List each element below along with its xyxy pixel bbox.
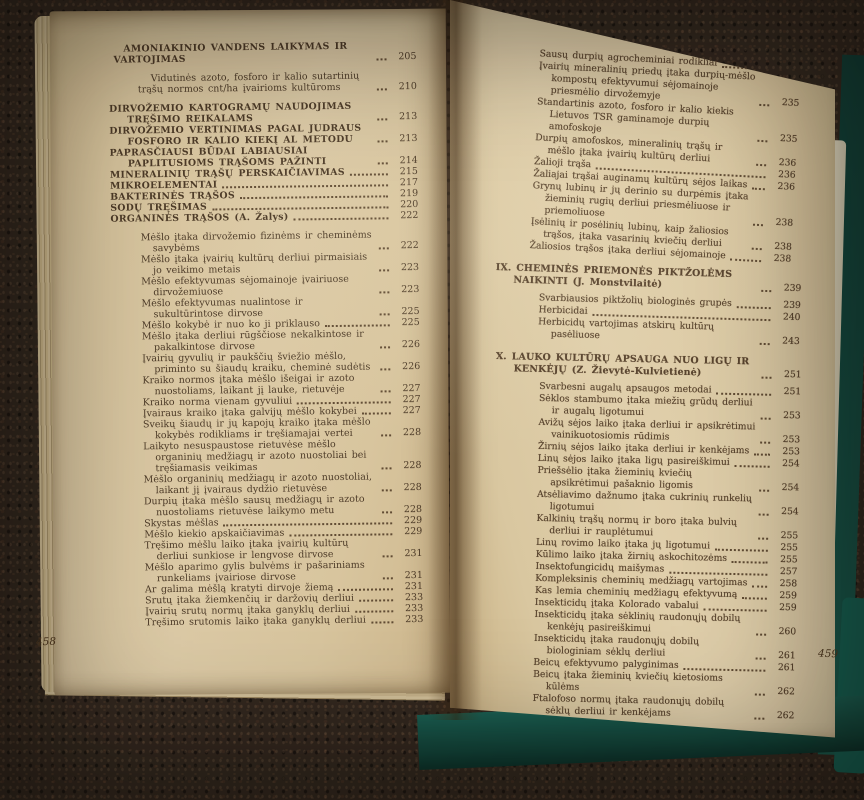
- dot-leader: [382, 511, 392, 513]
- toc-entry: Mėšlo aparimo gylis bulvėms ir pašarinia…: [97, 559, 423, 585]
- dot-leader: [338, 588, 393, 591]
- dot-leader: [355, 610, 393, 612]
- toc-entry-page: 227: [394, 383, 420, 394]
- toc-entry-page: 238: [765, 252, 792, 265]
- toc-entry-page: 255: [772, 554, 798, 567]
- dot-leader: [684, 668, 766, 672]
- dot-leader: [380, 368, 390, 370]
- toc-entry-text: Mėšlo aparimo gylis bulvėms ir pašarinia…: [97, 559, 378, 584]
- dot-leader: [735, 465, 770, 468]
- dot-leader: [383, 577, 393, 579]
- toc-entry-page: 231: [397, 570, 423, 581]
- dot-leader: [294, 217, 389, 220]
- toc-entry-page: 214: [392, 155, 418, 166]
- toc-entry-page: 225: [394, 306, 420, 317]
- section-x-author: (Z. Žievytė-Kulvietienė): [572, 365, 702, 379]
- section-ix-number: IX.: [496, 262, 512, 273]
- toc-entry-page: 262: [768, 710, 794, 723]
- toc-entry-page: 261: [769, 662, 795, 675]
- dot-leader: [350, 173, 388, 175]
- toc-entry-page: 259: [771, 590, 797, 603]
- toc-entry-page: 254: [773, 506, 799, 519]
- toc-entry: AMONIAKINIO VANDENS LAIKYMAS IR VARTOJIM…: [90, 40, 416, 66]
- toc-entry-page: 226: [394, 361, 420, 372]
- toc-entry-page: 229: [396, 526, 422, 537]
- toc-entry-page: 235: [771, 133, 798, 146]
- section-x: X. LAUKO KULTŪRŲ APSAUGA NUO LIGŲ IR KEN…: [488, 351, 802, 722]
- toc-entry-page: 254: [773, 482, 799, 495]
- dot-leader: [761, 418, 771, 420]
- toc-entry-page: 254: [774, 458, 800, 471]
- toc-entry-text: Kraiko normos įtaka mėšlo išeigai ir azo…: [94, 373, 375, 398]
- toc-entry-text: Vidutinės azoto, fosforo ir kalio sutart…: [91, 71, 372, 96]
- dot-leader: [759, 104, 769, 107]
- dot-leader: [380, 313, 390, 315]
- dot-leader: [381, 434, 391, 436]
- toc-entry-page: 233: [397, 614, 423, 625]
- dot-leader: [756, 634, 766, 636]
- dot-leader: [715, 549, 768, 552]
- toc-entry-page: 228: [396, 504, 422, 515]
- dot-leader: [717, 393, 772, 396]
- dot-leader: [379, 269, 389, 271]
- toc-entry-page: 231: [397, 581, 423, 592]
- dot-leader: [756, 164, 766, 167]
- dot-leader: [379, 247, 389, 249]
- toc-entry-text: AMONIAKINIO VANDENS LAIKYMAS IR VARTOJIM…: [90, 41, 371, 66]
- dot-leader: [732, 561, 768, 564]
- toc-entry-page: 236: [769, 180, 796, 193]
- toc-entry-text: Laikyto nesuspaustose rietuvėse mėšlo or…: [95, 439, 376, 475]
- dot-leader: [377, 88, 387, 90]
- dot-leader: [755, 693, 765, 695]
- dot-leader: [362, 412, 391, 414]
- left-page-toc: AMONIAKINIO VANDENS LAIKYMAS IR VARTOJIM…: [90, 40, 423, 629]
- toc-entry-page: 229: [396, 515, 422, 526]
- dot-leader: [377, 118, 387, 120]
- dot-leader: [737, 306, 771, 309]
- section-ix-author: (J. Monstvilaitė): [573, 276, 663, 290]
- dot-leader: [381, 390, 391, 392]
- toc-entry-page: 223: [393, 284, 419, 295]
- toc-entry-page: 233: [397, 603, 423, 614]
- toc-entry-page: 240: [774, 311, 800, 324]
- dot-leader: [760, 442, 770, 444]
- toc-entry-page: 215: [392, 166, 418, 177]
- toc-entry: Kraiko normos įtaka mėšlo išeigai ir azo…: [94, 372, 420, 398]
- dot-leader: [377, 58, 387, 60]
- dot-leader: [379, 291, 389, 293]
- toc-entry: PAPRASČIAUSI BŪDAI LABIAUSIAI PAPLITUSIO…: [92, 144, 418, 170]
- section-x-heading: X. LAUKO KULTŪRŲ APSAUGA NUO LIGŲ IR KEN…: [495, 351, 801, 381]
- dot-leader: [760, 343, 770, 345]
- dot-leader: [752, 585, 767, 587]
- section-x-page: 251: [775, 369, 801, 382]
- toc-entry-page: 255: [772, 530, 798, 543]
- dot-leader: [382, 467, 392, 469]
- dot-leader: [752, 188, 765, 191]
- toc-entry-page: 227: [395, 405, 421, 416]
- toc-entry-page: 239: [775, 299, 801, 312]
- toc-entry-page: 227: [395, 394, 421, 405]
- toc-entry-page: 251: [775, 386, 801, 399]
- section-ix-heading: IX. CHEMINĖS PRIEMONĖS PIKTŽOLĖMS NAIKIN…: [495, 262, 802, 295]
- toc-entry-page: 219: [392, 188, 418, 199]
- section-ix-title: IX. CHEMINĖS PRIEMONĖS PIKTŽOLĖMS NAIKIN…: [495, 262, 757, 294]
- section-x-number: X.: [496, 351, 507, 362]
- dot-leader: [297, 401, 391, 404]
- dot-leader: [742, 597, 767, 600]
- dot-leader: [758, 538, 768, 540]
- right-toc-top-entries: Sausų durpių agrocheminiai rodikliai 234…: [485, 46, 801, 266]
- right-page-number: 459: [818, 648, 838, 661]
- toc-entry-page: 259: [771, 602, 797, 615]
- dot-leader: [240, 195, 388, 199]
- toc-entry-page: 231: [397, 548, 423, 559]
- section-x-title: X. LAUKO KULTŪRŲ APSAUGA NUO LIGŲ IR KEN…: [495, 351, 756, 380]
- dot-leader: [753, 224, 763, 227]
- toc-entry-page: 223: [393, 262, 419, 273]
- toc-entry: Vidutinės azoto, fosforo ir kalio sutart…: [91, 70, 417, 96]
- dot-leader: [383, 555, 393, 557]
- toc-entry-page: 261: [770, 650, 796, 663]
- section-x-entries: Svarbesni augalų apsaugos metodai 251 Sė…: [488, 380, 801, 722]
- dot-leader: [371, 621, 394, 623]
- toc-entry: Durpių įtaka mėšlo sausų medžiagų ir azo…: [96, 493, 422, 519]
- toc-entry-page: 228: [396, 482, 422, 493]
- toc-entry-page: 222: [392, 210, 418, 221]
- book-photo-scene: AMONIAKINIO VANDENS LAIKYMAS IR VARTOJIM…: [0, 0, 864, 800]
- toc-entry: Mėšlo efektyvumas nualintose ir sukultūr…: [93, 295, 419, 321]
- dot-leader: [754, 453, 770, 455]
- section-ix: IX. CHEMINĖS PRIEMONĖS PIKTŽOLĖMS NAIKIN…: [494, 262, 802, 348]
- dot-leader: [759, 514, 769, 516]
- right-page: Sausų durpių agrocheminiai rodikliai 234…: [450, 0, 835, 745]
- section-ix-entries: Svarbiausios piktžolių biologinės grupės…: [494, 291, 801, 348]
- dot-leader: [754, 717, 764, 719]
- dot-leader: [761, 377, 771, 379]
- toc-entry-page: 253: [775, 410, 801, 423]
- dot-leader: [759, 490, 769, 492]
- toc-entry-text: BAKTERINĖS TRĄŠOS: [92, 190, 235, 203]
- toc-entry-text: Durpių įtaka mėšlo sausų medžiagų ir azo…: [96, 493, 377, 518]
- dot-leader: [704, 608, 767, 611]
- dot-leader: [378, 162, 388, 164]
- toc-entry-page: 253: [774, 446, 800, 459]
- dot-leader: [761, 290, 771, 292]
- toc-entry-page: 257: [771, 566, 797, 579]
- dot-leader: [380, 346, 390, 348]
- toc-entry-page: 253: [774, 434, 800, 447]
- toc-entry-page: 217: [392, 177, 418, 188]
- toc-entry-page: 222: [393, 240, 419, 251]
- toc-entry-page: 220: [392, 199, 418, 210]
- toc-entry-page: 225: [394, 317, 420, 328]
- toc-entry-page: 233: [397, 592, 423, 603]
- toc-entry-page: 228: [395, 460, 421, 471]
- toc-entry-page: 255: [772, 542, 798, 555]
- dot-leader: [359, 599, 393, 601]
- toc-entry-page: 260: [770, 626, 796, 639]
- toc-entry: Laikyto nesuspaustose rietuvėse mėšlo or…: [95, 438, 421, 475]
- dot-leader: [382, 489, 392, 491]
- dot-leader: [757, 140, 767, 143]
- dot-leader: [289, 533, 392, 536]
- toc-entry-page: 213: [391, 111, 417, 122]
- left-page-number: 458: [36, 636, 56, 649]
- toc-entry-page: 235: [773, 97, 800, 110]
- toc-entry-page: 262: [769, 686, 795, 699]
- toc-entry-page: 258: [771, 578, 797, 591]
- toc-entry-text: ORGANINĖS TRĄŠOS (A. Žalys): [92, 212, 288, 225]
- right-page-toc: Sausų durpių agrocheminiai rodikliai 234…: [496, 46, 802, 716]
- dot-leader: [378, 140, 388, 142]
- left-page: AMONIAKINIO VANDENS LAIKYMAS IR VARTOJIM…: [50, 9, 451, 696]
- dot-leader: [325, 324, 390, 327]
- toc-entry-page: 238: [767, 216, 794, 229]
- toc-entry-page: 213: [391, 133, 417, 144]
- toc-entry-text: Mėšlo efektyvumas nualintose ir sukultūr…: [93, 296, 374, 321]
- dot-leader: [756, 658, 766, 660]
- dot-leader: [752, 248, 762, 251]
- dot-leader: [730, 259, 761, 263]
- toc-entry-page: 226: [394, 339, 420, 350]
- toc-entry-page: 228: [395, 427, 421, 438]
- toc-entry-page: 210: [391, 81, 417, 92]
- toc-entry-page: 205: [390, 51, 416, 62]
- toc-entry-text: Tręšimo srutomis laiko įtaka ganyklų der…: [97, 615, 366, 629]
- toc-entry-page: 243: [774, 335, 800, 348]
- section-ix-page: 239: [775, 282, 801, 295]
